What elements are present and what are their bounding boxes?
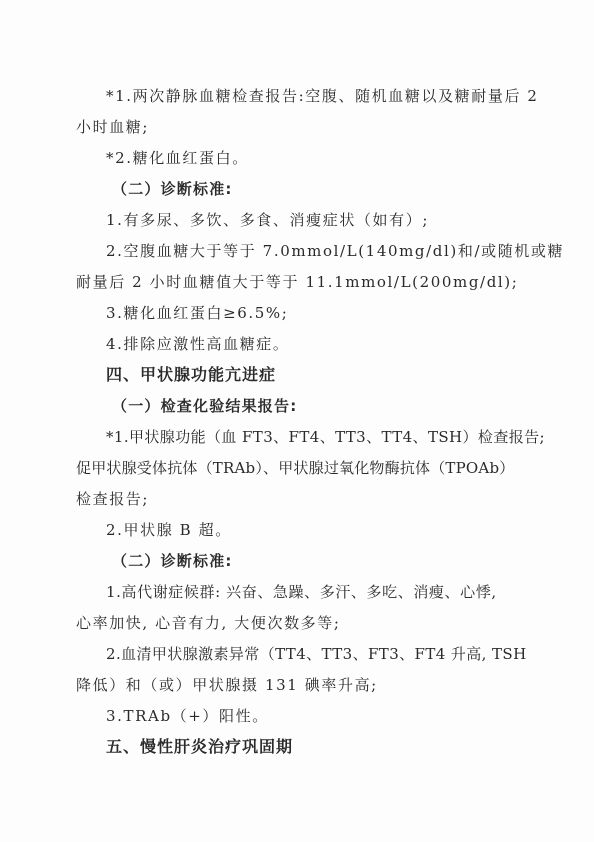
- text-line: 3.糖化血红蛋白≥6.5%;: [106, 303, 552, 323]
- text-line: 心率加快, 心音有力, 大便次数多等;: [76, 613, 522, 633]
- text-line: *1.甲状腺功能（血 FT3、FT4、TT3、TT4、TSH）检查报告;: [106, 427, 552, 447]
- text-line: 1.有多尿、多饮、多食、消瘦症状（如有）;: [106, 210, 552, 230]
- text-line: 小时血糖;: [76, 117, 522, 137]
- section-heading: 四、甲状腺功能亢进症: [106, 365, 552, 385]
- subheading: （一）检查化验结果报告:: [112, 396, 558, 416]
- text-line: 2.血清甲状腺激素异常（TT4、TT3、FT3、FT4 升高, TSH: [106, 644, 552, 664]
- text-line: 促甲状腺受体抗体（TRAb）、甲状腺过氧化物酶抗体（TPOAb）: [76, 458, 522, 478]
- text-line: 2.甲状腺 B 超。: [106, 520, 552, 540]
- section-heading: 五、慢性肝炎治疗巩固期: [106, 737, 552, 757]
- document-page: *1.两次静脉血糖检查报告:空腹、随机血糖以及糖耐量后 2 小时血糖; *2.糖…: [0, 0, 594, 842]
- subheading: （二）诊断标准:: [112, 179, 558, 199]
- text-line: *1.两次静脉血糖检查报告:空腹、随机血糖以及糖耐量后 2: [106, 86, 552, 106]
- text-line: 降低）和（或）甲状腺摄 131 碘率升高;: [76, 675, 522, 695]
- text-line: 4.排除应激性高血糖症。: [106, 334, 552, 354]
- text-line: 3.TRAb（+）阳性。: [106, 706, 552, 726]
- subheading: （二）诊断标准:: [112, 551, 558, 571]
- text-line: 耐量后 2 小时血糖值大于等于 11.1mmol/L(200mg/dl);: [76, 272, 522, 292]
- text-line: 检查报告;: [76, 489, 522, 509]
- text-line: 1.高代谢症候群: 兴奋、急躁、多汗、多吃、消瘦、心悸,: [106, 582, 552, 602]
- text-line: 2.空腹血糖大于等于 7.0mmol/L(140mg/dl)和/或随机或糖: [106, 241, 552, 261]
- text-line: *2.糖化血红蛋白。: [106, 148, 552, 168]
